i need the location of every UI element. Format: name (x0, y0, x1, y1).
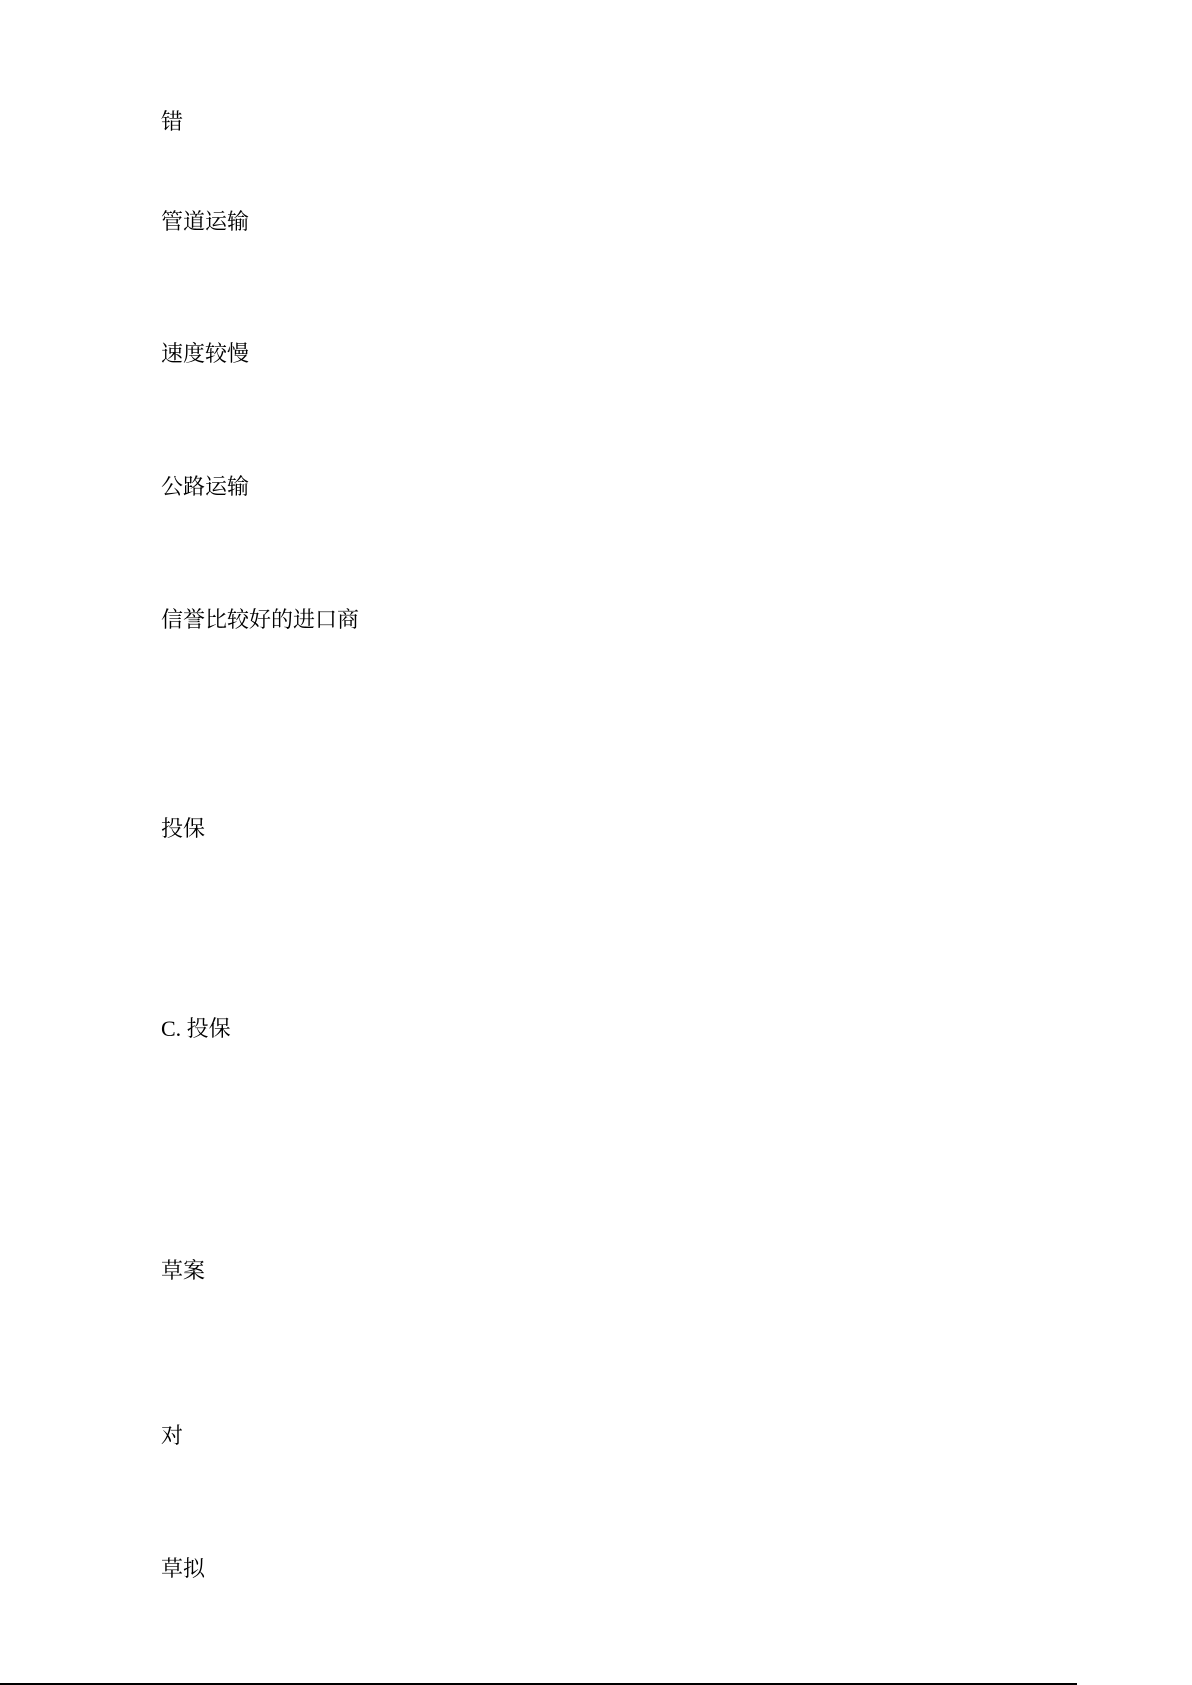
answer-line-6: 投保 (161, 816, 205, 842)
answer-line-2: 管道运输 (161, 209, 249, 235)
answer-line-9: 对 (161, 1423, 183, 1449)
answer-line-8: 草案 (161, 1258, 205, 1284)
answer-line-5: 信誉比较好的进口商 (161, 607, 359, 633)
answer-line-3: 速度较慢 (161, 341, 249, 367)
answer-line-1: 错 (161, 109, 183, 135)
answer-line-7: C. 投保 (161, 1016, 231, 1042)
answer-line-4: 公路运输 (161, 474, 249, 500)
answer-line-10: 草拟 (161, 1556, 205, 1582)
